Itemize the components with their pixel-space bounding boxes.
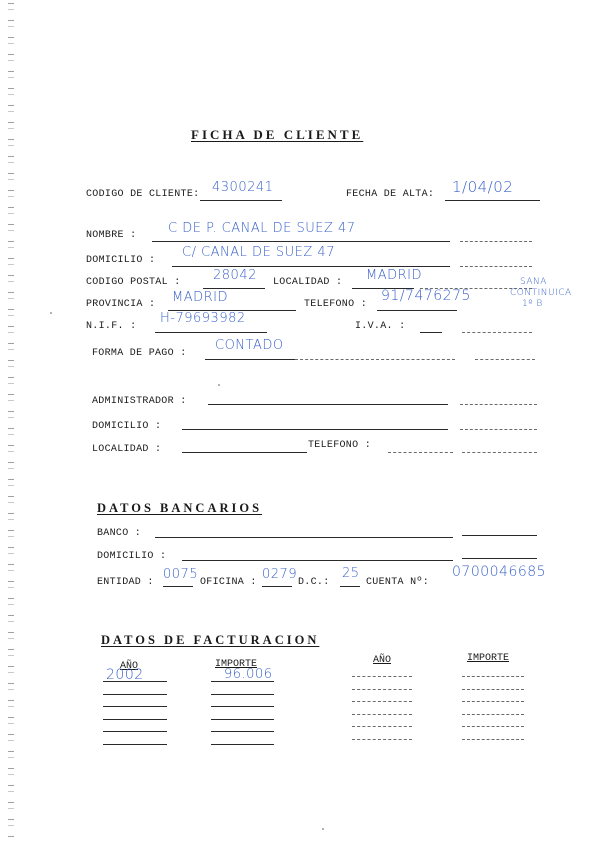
table-row-line — [211, 694, 274, 695]
forma-pago-value[interactable]: CONTADO — [215, 338, 284, 353]
nombre-label: NOMBRE : — [86, 230, 136, 241]
admin-localidad-label: LOCALIDAD : — [92, 444, 161, 455]
table-row-line — [352, 701, 412, 702]
nombre-value[interactable]: C DE P. CANAL DE SUEZ 47 — [168, 221, 356, 236]
nif-label: N.I.F. : — [86, 321, 136, 332]
table-row-line — [103, 719, 167, 720]
col-ano-2: AÑO — [373, 655, 391, 666]
table-row-line — [352, 689, 412, 690]
fecha-alta-value[interactable]: 1/04/02 — [452, 178, 513, 196]
telefono-note-3: 1º B — [522, 300, 543, 309]
oficina-value[interactable]: 0279 — [262, 567, 297, 582]
nif-value[interactable]: H-79693982 — [160, 311, 246, 326]
dc-value[interactable]: 25 — [342, 566, 360, 581]
table-row-line — [462, 726, 524, 727]
entidad-value[interactable]: 0075 — [163, 567, 198, 582]
admin-domicilio-label: DOMICILIO : — [92, 421, 161, 432]
datos-bancarios-heading: DATOS BANCARIOS — [97, 501, 262, 516]
provincia-label: PROVINCIA : — [86, 299, 155, 310]
table-row-line — [352, 739, 412, 740]
table-row-line — [211, 706, 274, 707]
table-row-line — [462, 714, 524, 715]
dc-label: D.C.: — [298, 577, 330, 588]
table-row-line — [462, 739, 524, 740]
banco-label: BANCO : — [97, 528, 141, 539]
forma-pago-label: FORMA DE PAGO : — [92, 348, 187, 359]
table-row-line — [103, 706, 167, 707]
cuenta-value[interactable]: 0700046685 — [452, 564, 546, 580]
table-cell-importe[interactable]: 96.006 — [224, 667, 273, 682]
table-row-line — [352, 714, 412, 715]
col-importe-2: IMPORTE — [467, 653, 509, 664]
telefono-value[interactable]: 91/7476275 — [381, 288, 471, 304]
codigo-cliente-label: CODIGO DE CLIENTE: — [86, 189, 199, 200]
scan-edge-artifact — [8, 0, 14, 841]
scan-speck — [218, 384, 220, 386]
telefono-label: TELEFONO : — [304, 299, 367, 310]
provincia-value[interactable]: MADRID — [172, 290, 228, 305]
table-row-line — [352, 726, 412, 727]
page-title: FICHA DE CLIENTE — [191, 127, 363, 143]
codigo-cliente-value[interactable]: 4300241 — [212, 180, 273, 195]
cuenta-label: CUENTA Nº: — [366, 577, 429, 588]
entidad-label: ENTIDAD : — [97, 577, 154, 588]
codigo-postal-label: CODIGO POSTAL : — [86, 277, 181, 288]
admin-telefono-label: TELEFONO : — [308, 440, 371, 451]
scan-speck — [322, 828, 324, 830]
codigo-postal-value[interactable]: 28042 — [213, 268, 257, 283]
administrador-label: ADMINISTRADOR : — [92, 396, 187, 407]
table-row-line — [352, 676, 412, 677]
domicilio-label: DOMICILIO : — [86, 255, 155, 266]
telefono-note-1: SANA — [520, 278, 547, 287]
table-row-line — [103, 694, 167, 695]
table-row-line — [211, 719, 274, 720]
banco-domicilio-label: DOMICILIO : — [97, 551, 166, 562]
iva-label: I.V.A. : — [355, 321, 405, 332]
table-row-line — [462, 676, 524, 677]
table-row-line — [211, 744, 274, 745]
localidad-value[interactable]: MADRID — [366, 268, 422, 283]
datos-facturacion-heading: DATOS DE FACTURACION — [101, 633, 319, 648]
table-cell-ano[interactable]: 2002 — [106, 667, 144, 683]
scan-speck — [50, 312, 52, 314]
table-row-line — [103, 731, 167, 732]
table-row-line — [462, 689, 524, 690]
table-row-line — [462, 701, 524, 702]
telefono-note-2: CONTINUICA — [510, 289, 572, 298]
fecha-alta-label: FECHA DE ALTA: — [346, 189, 434, 200]
domicilio-value[interactable]: C/ CANAL DE SUEZ 47 — [182, 245, 335, 260]
table-row-line — [103, 744, 167, 745]
localidad-label: LOCALIDAD : — [273, 277, 342, 288]
table-row-line — [211, 731, 274, 732]
oficina-label: OFICINA : — [200, 577, 257, 588]
